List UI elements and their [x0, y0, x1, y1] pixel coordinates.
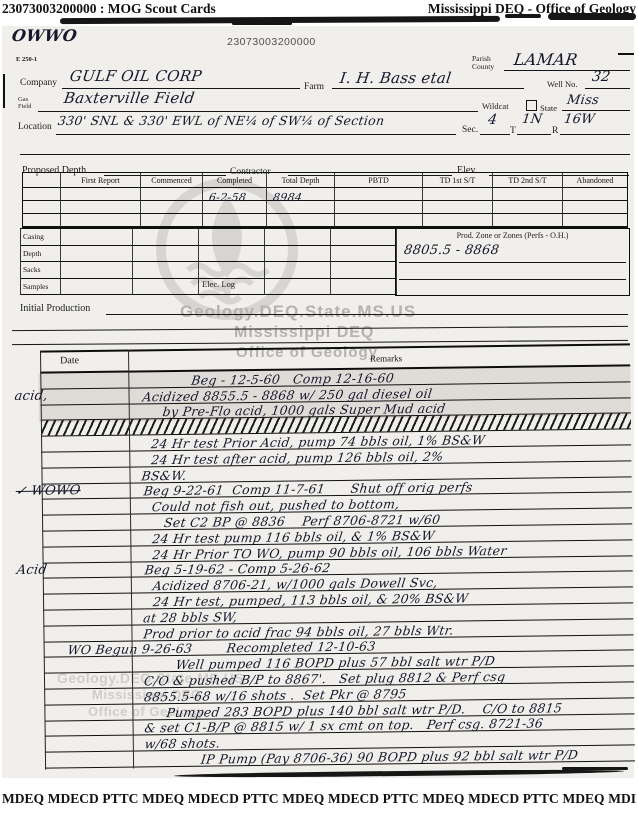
footer-word: MDECD — [328, 791, 379, 807]
corner-mark — [3, 74, 5, 108]
footer-word: PTTC — [102, 791, 138, 807]
contractor-cell — [493, 201, 563, 214]
state-value: Miss — [566, 93, 600, 108]
sec-label: Sec. — [462, 125, 478, 135]
contractor-cell — [563, 188, 627, 201]
contractor-blank-header — [23, 173, 61, 188]
twp-value: 1N — [521, 112, 543, 127]
rng-value: 16W — [563, 112, 596, 127]
api-number: 23073003200000 — [227, 36, 316, 48]
contractor-cell — [23, 214, 61, 227]
contractor-cell — [141, 214, 203, 227]
casing-cell — [133, 229, 199, 246]
casing-cell — [265, 229, 331, 246]
prod-zone-value: 8805.5 - 8868 — [403, 243, 500, 258]
footer-word: PTTC — [383, 791, 419, 807]
footer-word: MDEQ — [2, 791, 44, 807]
field-value: Baxterville Field — [63, 89, 196, 107]
contractor-cell — [493, 188, 563, 201]
sec-value: 4 — [487, 112, 498, 128]
footer-word: MDECD — [468, 791, 519, 807]
rng-label: R — [552, 126, 558, 136]
footer-word: MDI — [608, 791, 636, 807]
remarks-date-note: ✓ WOWO — [15, 483, 82, 499]
scan-artifact — [548, 13, 636, 20]
gas-label: Gas — [18, 96, 28, 103]
casing-cell — [265, 279, 331, 296]
field-underline — [585, 88, 630, 89]
remarks-date-note: Acid — [16, 562, 48, 577]
casing-cell — [331, 279, 397, 296]
farm-value: I. H. Bass etal — [339, 69, 453, 87]
contractor-cell — [335, 201, 423, 214]
prod-zone-label: Prod. Zone or Zones (Perfs - O.H.) — [396, 231, 629, 240]
remarks-text: Beg - 12-5-60 Comp 12-16-60 — [191, 371, 395, 386]
casing-cell — [61, 229, 133, 246]
contractor-col-header: First Report — [61, 173, 141, 188]
initial-production-label: Initial Production — [20, 303, 90, 314]
contractor-col-header: PBTD — [335, 173, 423, 188]
footer-word: MDEQ — [563, 791, 605, 807]
field-underline — [38, 111, 302, 112]
contractor-cell — [203, 214, 267, 227]
remarks-text: BS&W. — [141, 468, 188, 482]
remarks-rows: Beg - 12-5-60 Comp 12-16-60Acidized 8855… — [10, 366, 635, 768]
field-underline — [560, 134, 630, 135]
contractor-cell — [61, 214, 141, 227]
contractor-cell — [335, 214, 423, 227]
contractor-cell — [563, 214, 627, 227]
field-underline — [562, 110, 630, 111]
page-header: 23073003200000 : MOG Scout Cards Mississ… — [0, 0, 638, 18]
casing-row-label: Samples — [21, 279, 61, 296]
casing-cell — [199, 246, 265, 263]
casing-row-label: Casing — [21, 229, 61, 246]
field-underline — [56, 134, 456, 135]
field-underline — [517, 134, 551, 135]
footer-word: MDECD — [48, 791, 99, 807]
county-value: LAMAR — [513, 50, 579, 69]
contractor-cell — [423, 214, 493, 227]
field-underline — [480, 134, 510, 135]
footer-word: MDEQ — [142, 791, 184, 807]
remarks-text: at 28 bbls SW, — [142, 610, 238, 624]
company-value: GULF OIL CORP — [69, 67, 203, 85]
rule-line — [20, 154, 630, 155]
casing-cell — [265, 262, 331, 279]
contractor-cell: 6-2-58 — [203, 188, 267, 201]
contractor-cell — [61, 201, 141, 214]
casing-cell — [199, 262, 265, 279]
contractor-cell — [61, 188, 141, 201]
contractor-cell — [141, 188, 203, 201]
remarks-text: Beg 5-19-62 - Comp 5-26-62 — [144, 561, 332, 576]
footer-word: MDECD — [188, 791, 239, 807]
contractor-col-header: TD 2nd S/T — [493, 173, 563, 188]
scan-artifact — [232, 22, 292, 25]
contractor-table: First ReportCommencedCompletedTotal Dept… — [22, 172, 628, 228]
total-depth-value: 8984 — [266, 192, 303, 203]
well-no-value: 32 — [591, 69, 612, 85]
casing-cell — [199, 229, 265, 246]
elec-log-label: Elec. Log — [202, 279, 235, 289]
well-no-label: Well No. — [547, 79, 577, 89]
casing-cell — [331, 246, 397, 263]
company-label: Company — [20, 78, 57, 88]
casing-cell — [133, 246, 199, 263]
completed-date-value: 6-2-58 — [202, 192, 247, 203]
contractor-cell — [423, 201, 493, 214]
footer-word: PTTC — [243, 791, 279, 807]
scout-card: Geology.DEQ.State.MS.US Mississippi DEQ … — [2, 26, 634, 778]
casing-cell — [61, 279, 133, 296]
watermark-line2: Mississippi DEQ — [234, 324, 374, 342]
casing-cell — [61, 246, 133, 263]
casing-cell — [61, 262, 133, 279]
casing-cell — [331, 229, 397, 246]
casing-cell — [331, 262, 397, 279]
page-footer: MDEQMDECDPTTCMDEQMDECDPTTCMDEQMDECDPTTCM… — [0, 791, 638, 807]
contractor-cell: 8984 — [267, 188, 335, 201]
contractor-col-header: Completed — [203, 173, 267, 188]
corner-mark — [618, 53, 634, 55]
contractor-col-header: Abandoned — [563, 173, 627, 188]
location-value: 330' SNL & 330' EWL of NE¼ of SW¼ of Sec… — [57, 113, 386, 128]
field-underline — [302, 111, 478, 112]
contractor-cell — [141, 201, 203, 214]
contractor-cell — [335, 188, 423, 201]
scan-artifact — [505, 14, 541, 18]
remarks-text: IP Pump (Pay 8706-36) 90 BOPD plus 92 bb… — [200, 748, 579, 766]
casing-row-label: Depth — [21, 246, 61, 263]
prod-zone-box: Prod. Zone or Zones (Perfs - O.H.) 8805.… — [395, 228, 630, 296]
contractor-cell — [267, 214, 335, 227]
casing-cell — [265, 246, 331, 263]
remarks-column-header: Remarks — [370, 353, 402, 363]
contractor-col-header: Total Depth — [267, 173, 335, 188]
wildcat-label: Wildcat — [482, 101, 509, 111]
rule-line — [106, 314, 628, 315]
contractor-cell — [563, 201, 627, 214]
contractor-cell — [423, 188, 493, 201]
twp-label: T — [510, 126, 516, 136]
footer-word: MDEQ — [282, 791, 324, 807]
remarks-table: Date Remarks Beg - 12-5-60 Comp 12-16-60… — [10, 343, 635, 770]
footer-word: MDEQ — [422, 791, 464, 807]
footer-word: PTTC — [523, 791, 559, 807]
wildcat-checkbox — [526, 100, 537, 111]
field-underline — [332, 88, 524, 89]
date-column-header: Date — [60, 355, 79, 366]
contractor-cell — [23, 188, 61, 201]
scan-artifact — [174, 769, 624, 779]
owwo-note: OWWO — [11, 26, 79, 45]
casing-cell — [133, 279, 199, 296]
watermark-line1: Geology.DEQ.State.MS.US — [180, 302, 416, 322]
rule-line — [399, 279, 626, 280]
contractor-cell — [23, 201, 61, 214]
county-label: County — [472, 62, 494, 71]
farm-label: Farm — [304, 82, 324, 92]
casing-row-label: Sacks — [21, 262, 61, 279]
form-number: E 250-1 — [16, 56, 37, 63]
scan-artifact — [562, 767, 628, 770]
casing-cell — [133, 262, 199, 279]
rule-line — [399, 262, 626, 263]
contractor-col-header: Commenced — [141, 173, 203, 188]
contractor-col-header: TD 1st S/T — [423, 173, 493, 188]
contractor-cell — [493, 214, 563, 227]
page-header-left: 23073003200000 : MOG Scout Cards — [2, 1, 216, 17]
field-label: Field — [18, 103, 31, 110]
remarks-date-note: acid, — [14, 388, 49, 403]
remarks-text: w/68 shots. — [144, 737, 221, 751]
location-label: Location — [18, 122, 52, 132]
